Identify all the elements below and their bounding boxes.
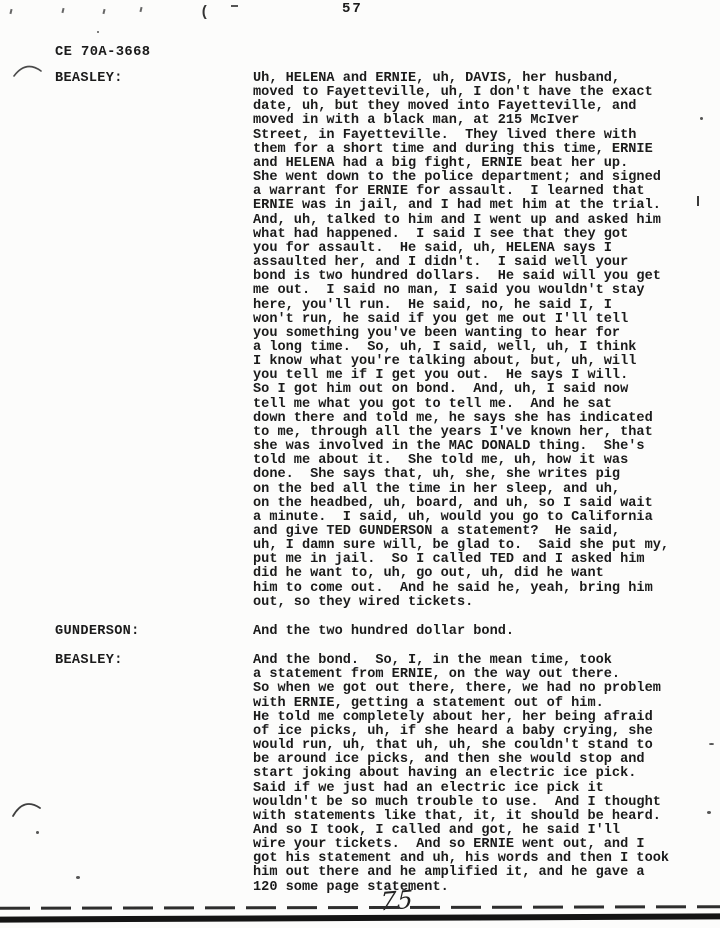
stray-mark [139,7,142,12]
stray-mark [9,9,12,14]
stray-mark [61,8,64,13]
speech-text: And the bond. So, I, in the mean time, t… [253,654,669,895]
document-page: 57 ( CE 70A-3668 BEASLEY:Uh, HELENA and … [0,0,720,928]
speaker-label: BEASLEY: [55,654,253,668]
transcript-block: BEASLEY:Uh, HELENA and ERNIE, uh, DAVIS,… [0,72,720,610]
speech-text: Uh, HELENA and ERNIE, uh, DAVIS, her hus… [253,72,669,610]
transcript-block: GUNDERSON:And the two hundred dollar bon… [0,625,720,639]
speaker-label: BEASLEY: [55,72,253,86]
speech-text: And the two hundred dollar bond. [253,625,514,639]
transcript-block: BEASLEY:And the bond. So, I, in the mean… [0,654,720,895]
exhibit-label: CE 70A-3668 [55,45,150,60]
stray-mark [102,9,105,14]
page-number: 57 [342,1,363,17]
stray-paren-mark: ( [200,4,209,21]
handwritten-page-number: 75 [379,884,414,916]
dashed-rule [0,905,720,910]
stray-mark [97,31,99,33]
transcript: BEASLEY:Uh, HELENA and ERNIE, uh, DAVIS,… [0,72,720,895]
bottom-black-bar [0,913,720,922]
speaker-label: GUNDERSON: [55,625,253,639]
stray-mark [231,5,238,7]
